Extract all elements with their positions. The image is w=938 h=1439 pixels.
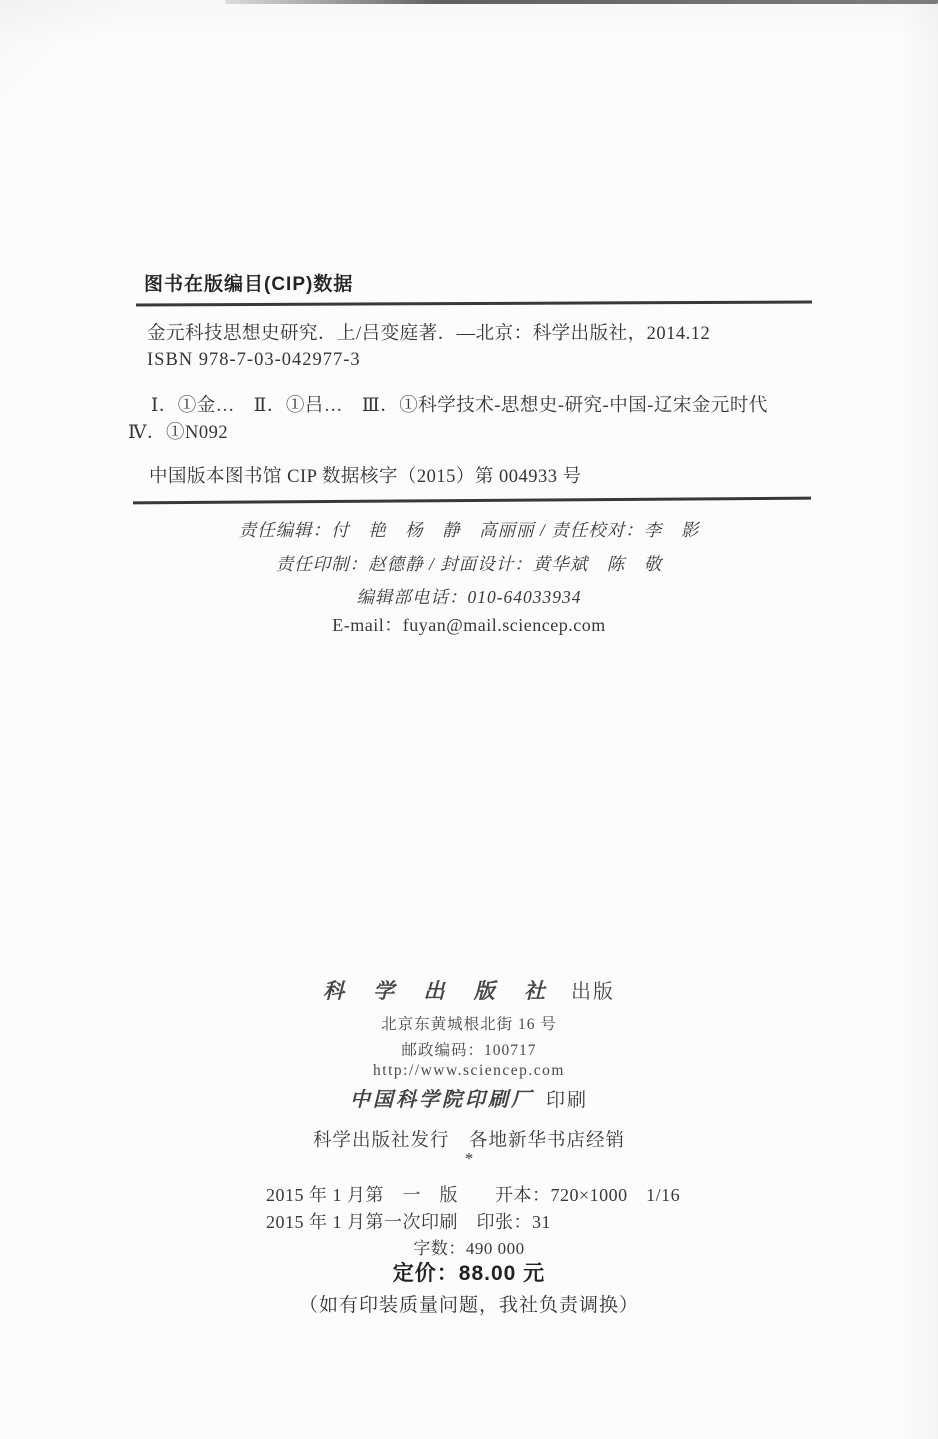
edition-format-line: 2015 年 1 月第 一 版 开本：720×1000 1/16 [266, 1181, 680, 1207]
cip-classification-line1: Ⅰ．①金… Ⅱ．①吕… Ⅲ．①科学技术-思想史-研究-中国-辽宋金元时代 [151, 391, 768, 417]
publisher-postcode: 邮政编码：100717 [0, 1038, 938, 1060]
printer-imprint-line: 中国科学院印刷厂印刷 [0, 1083, 938, 1112]
responsible-editors-line: 责任编辑：付 艳 杨 静 高丽丽 / 责任校对：李 影 [0, 517, 938, 542]
email-line: E-mail：fuyan@mail.sciencep.com [0, 611, 938, 637]
cip-record-number-line: 中国版本图书馆 CIP 数据核字（2015）第 004933 号 [149, 462, 582, 488]
publisher-role-label: 出版 [571, 981, 615, 1003]
word-count-line: 字数：490 000 [0, 1234, 938, 1259]
printer-logotype: 中国科学院印刷厂 [350, 1089, 534, 1111]
quality-notice-line: （如有印装质量问题，我社负责调换） [0, 1290, 938, 1317]
divider-middle [133, 497, 811, 505]
publisher-address: 北京东黄城根北街 16 号 [0, 1012, 938, 1034]
impression-sheets-line: 2015 年 1 月第一次印刷 印张：31 [266, 1208, 551, 1234]
production-design-line: 责任印制：赵德静 / 封面设计：黄华斌 陈 敬 [0, 551, 938, 576]
book-title-line: 金元科技思想史研究．上/吕变庭著．—北京：科学出版社，2014.12 [147, 319, 710, 345]
publisher-website: http://www.sciencep.com [0, 1062, 938, 1080]
cip-header: 图书在版编目(CIP)数据 [144, 269, 353, 296]
scan-edge-artifact [225, 0, 938, 4]
publisher-logotype: 科 学 出 版 社 [323, 979, 557, 1003]
separator-asterisk: * [0, 1149, 938, 1169]
publisher-imprint-line: 科 学 出 版 社出版 [0, 975, 938, 1005]
editorial-phone-line: 编辑部电话：010-64033934 [0, 584, 938, 609]
cip-classification-line2: Ⅳ．①N092 [128, 418, 228, 444]
copyright-page: 图书在版编目(CIP)数据 金元科技思想史研究．上/吕变庭著．—北京：科学出版社… [0, 0, 938, 1439]
divider-top [136, 301, 812, 307]
printer-role-label: 印刷 [546, 1090, 588, 1111]
price-line: 定价：88.00 元 [0, 1257, 938, 1287]
isbn-line: ISBN 978-7-03-042977-3 [147, 350, 361, 371]
